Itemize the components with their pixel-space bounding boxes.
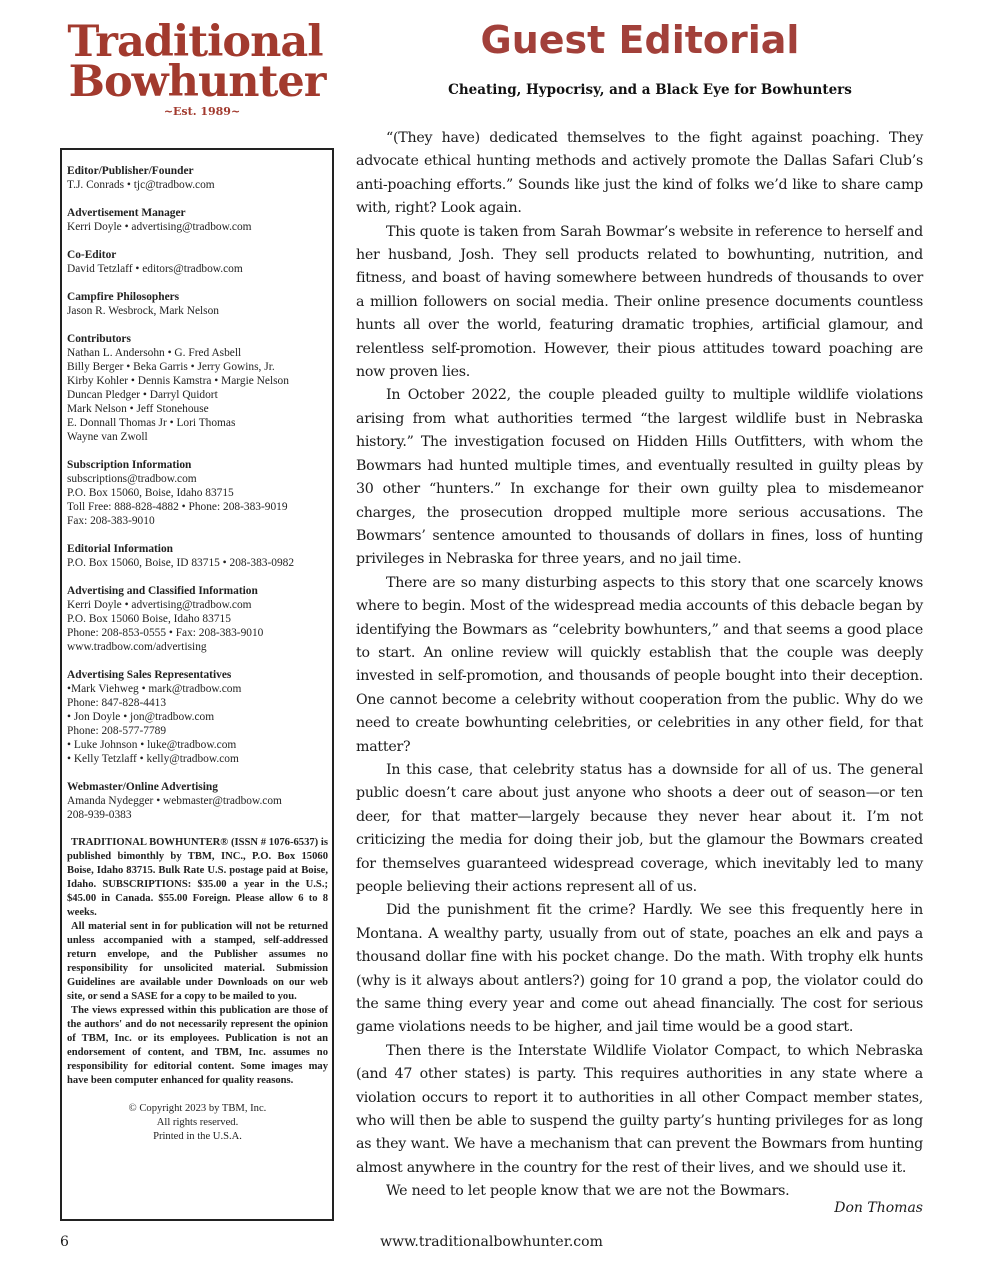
staff-line: Fax: 208-383-9010 [67, 514, 328, 528]
masthead-staff-box: Editor/Publisher/Founder T.J. Conrads • … [60, 148, 334, 1221]
paragraph: Then there is the Interstate Wildlife Vi… [356, 1040, 923, 1180]
staff-line: Amanda Nydegger • webmaster@tradbow.com [67, 794, 328, 808]
section-heading: Subscription Information [67, 458, 328, 472]
staff-line: Jason R. Wesbrock, Mark Nelson [67, 304, 328, 318]
section-heading: Editor/Publisher/Founder [67, 164, 328, 178]
staff-line: Kirby Kohler • Dennis Kamstra • Margie N… [67, 374, 328, 388]
staff-line: Kerri Doyle • advertising@tradbow.com [67, 220, 328, 234]
section-heading: Advertising and Classified Information [67, 584, 328, 598]
staff-line: Mark Nelson • Jeff Stonehouse [67, 402, 328, 416]
staff-line: P.O. Box 15060 Boise, Idaho 83715 [67, 612, 328, 626]
copyright-block: © Copyright 2023 by TBM, Inc. All rights… [67, 1102, 328, 1144]
staff-line: Nathan L. Andersohn • G. Fred Asbell [67, 346, 328, 360]
submission-notice: All material sent in for publication wil… [67, 920, 328, 1004]
logo-line-bowhunter: Bowhunter [58, 62, 336, 102]
subscription-section: Subscription Information subscriptions@t… [67, 458, 328, 528]
section-heading: Editorial Information [67, 542, 328, 556]
rights-line: All rights reserved. [67, 1116, 328, 1130]
author-signature: Don Thomas [834, 1200, 923, 1216]
paragraph: This quote is taken from Sarah Bowmar’s … [356, 221, 923, 385]
contributors-section: Contributors Nathan L. Andersohn • G. Fr… [67, 332, 328, 444]
paragraph: In October 2022, the couple pleaded guil… [356, 384, 923, 571]
staff-section: Editor/Publisher/Founder T.J. Conrads • … [67, 164, 328, 192]
staff-section: Co-Editor David Tetzlaff • editors@tradb… [67, 248, 328, 276]
logo-line-traditional: Traditional [54, 22, 336, 62]
staff-section: Advertisement Manager Kerri Doyle • adve… [67, 206, 328, 234]
masthead-logo: Traditional Bowhunter ~Est. 1989~ [58, 22, 336, 126]
paragraph: Did the punishment fit the crime? Hardly… [356, 899, 923, 1039]
editorial-body: “(They have) dedicated themselves to the… [356, 127, 923, 1204]
staff-line: Toll Free: 888-828-4882 • Phone: 208-383… [67, 500, 328, 514]
staff-line: Billy Berger • Beka Garris • Jerry Gowin… [67, 360, 328, 374]
staff-line: 208-939-0383 [67, 808, 328, 822]
printed-line: Printed in the U.S.A. [67, 1130, 328, 1144]
webmaster-section: Webmaster/Online Advertising Amanda Nyde… [67, 780, 328, 822]
staff-line: Wayne van Zwoll [67, 430, 328, 444]
staff-line: P.O. Box 15060, Boise, Idaho 83715 [67, 486, 328, 500]
paragraph: In this case, that celebrity status has … [356, 759, 923, 899]
staff-line: Phone: 208-853-0555 • Fax: 208-383-9010 [67, 626, 328, 640]
staff-line: Duncan Pledger • Darryl Quidort [67, 388, 328, 402]
editorial-info-section: Editorial Information P.O. Box 15060, Bo… [67, 542, 328, 570]
staff-section: Campfire Philosophers Jason R. Wesbrock,… [67, 290, 328, 318]
staff-line: David Tetzlaff • editors@tradbow.com [67, 262, 328, 276]
staff-line: • Luke Johnson • luke@tradbow.com [67, 738, 328, 752]
sales-reps-section: Advertising Sales Representatives •Mark … [67, 668, 328, 766]
staff-line: T.J. Conrads • tjc@tradbow.com [67, 178, 328, 192]
publication-notice: TRADITIONAL BOWHUNTER® (ISSN # 1076-6537… [67, 836, 328, 920]
section-heading: Webmaster/Online Advertising [67, 780, 328, 794]
staff-line: E. Donnall Thomas Jr • Lori Thomas [67, 416, 328, 430]
staff-line: •Mark Viehweg • mark@tradbow.com [67, 682, 328, 696]
staff-line: www.tradbow.com/advertising [67, 640, 328, 654]
footer-website: www.traditionalbowhunter.com [0, 1234, 983, 1250]
staff-line: subscriptions@tradbow.com [67, 472, 328, 486]
section-heading: Contributors [67, 332, 328, 346]
article-subtitle: Cheating, Hypocrisy, and a Black Eye for… [360, 80, 940, 100]
paragraph: “(They have) dedicated themselves to the… [356, 127, 923, 221]
staff-line: • Jon Doyle • jon@tradbow.com [67, 710, 328, 724]
paragraph: There are so many disturbing aspects to … [356, 572, 923, 759]
page-title: Guest Editorial [360, 16, 920, 64]
staff-line: Phone: 208-577-7789 [67, 724, 328, 738]
staff-line: Phone: 847-828-4413 [67, 696, 328, 710]
section-heading: Co-Editor [67, 248, 328, 262]
copyright-line: © Copyright 2023 by TBM, Inc. [67, 1102, 328, 1116]
staff-line: • Kelly Tetzlaff • kelly@tradbow.com [67, 752, 328, 766]
advertising-info-section: Advertising and Classified Information K… [67, 584, 328, 654]
legal-notice: TRADITIONAL BOWHUNTER® (ISSN # 1076-6537… [67, 836, 328, 1088]
section-heading: Advertisement Manager [67, 206, 328, 220]
staff-line: P.O. Box 15060, Boise, ID 83715 • 208-38… [67, 556, 328, 570]
section-heading: Advertising Sales Representatives [67, 668, 328, 682]
disclaimer-notice: The views expressed within this publicat… [67, 1004, 328, 1088]
section-heading: Campfire Philosophers [67, 290, 328, 304]
staff-line: Kerri Doyle • advertising@tradbow.com [67, 598, 328, 612]
